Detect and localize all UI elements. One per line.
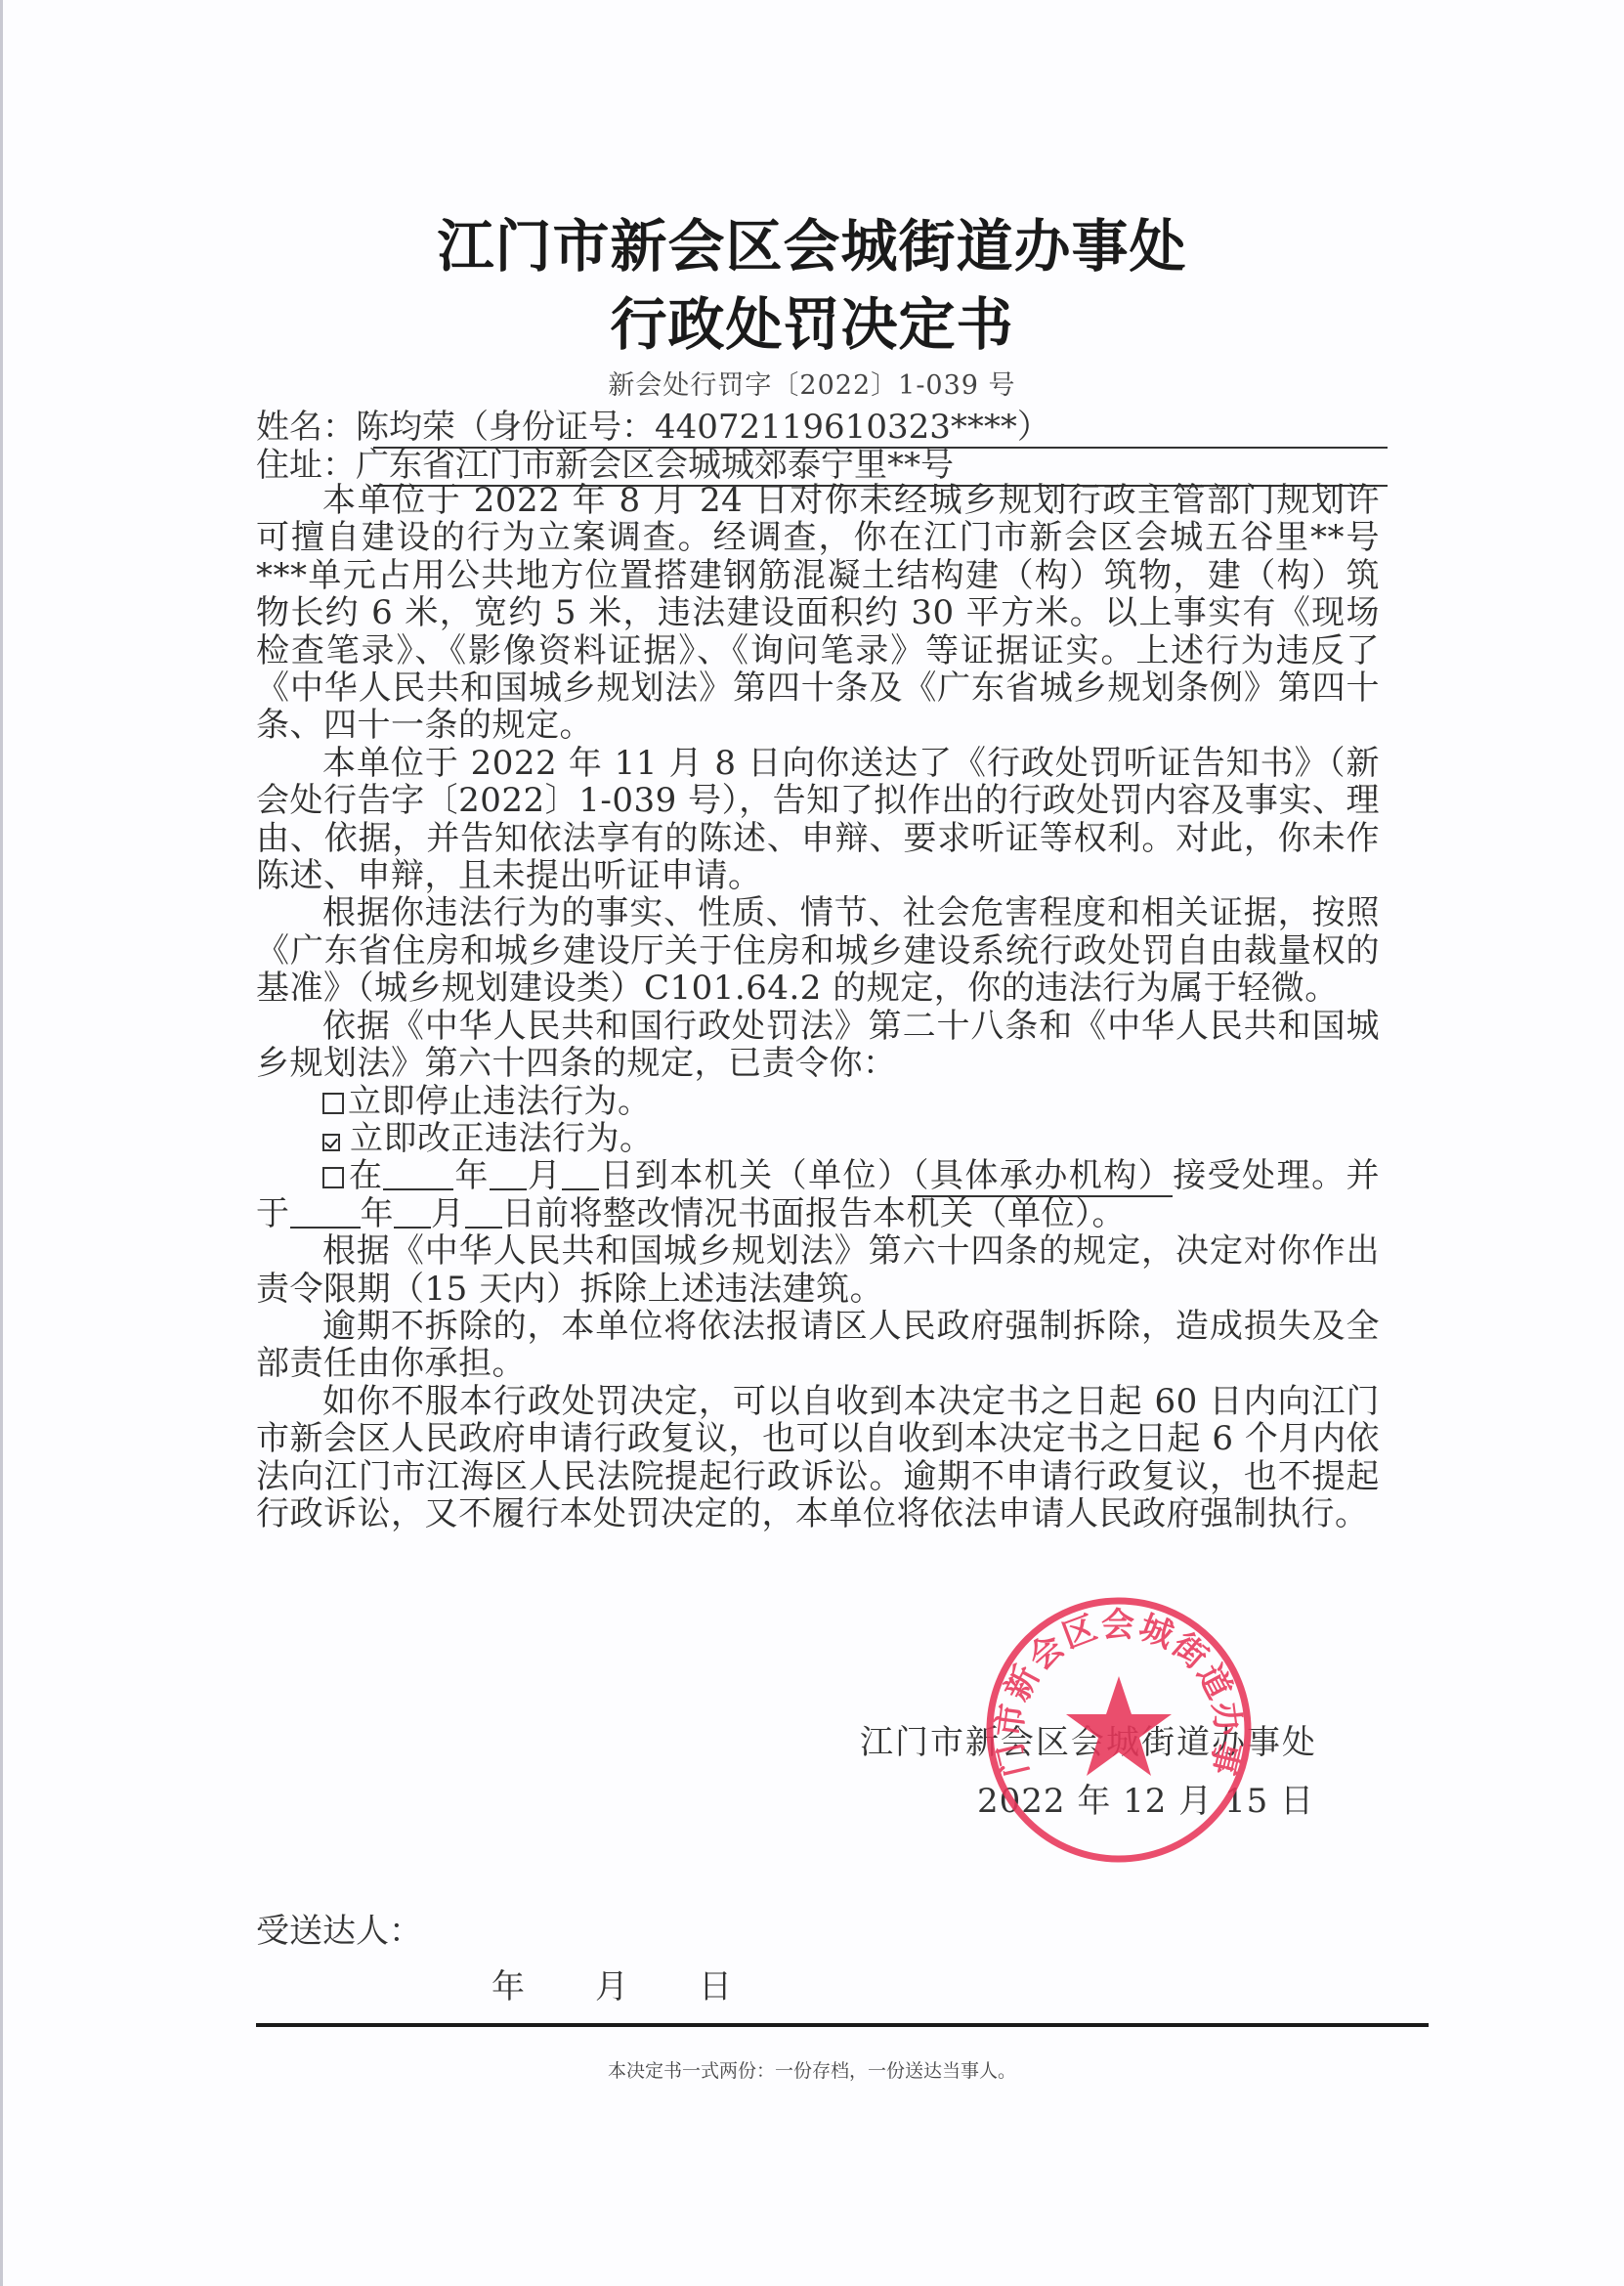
party-name-field: 姓名：陈均荣（身份证号：44072119610323****） — [256, 408, 1388, 447]
checkbox-unchecked-icon — [322, 1093, 344, 1114]
blank-month — [490, 1159, 527, 1190]
party-address-field: 住址：广东省江门市新会区会城城郊泰宁里**号 — [256, 446, 1388, 485]
blank-month-2 — [394, 1197, 431, 1229]
name-value: 陈均荣（身份证号：44072119610323****） — [356, 408, 1050, 447]
checkbox-unchecked-icon — [322, 1167, 344, 1188]
decision-body: 本单位于 2022 年 8 月 24 日对你未经城乡规划行政主管部门规划许可擅自… — [256, 482, 1380, 1532]
official-seal-icon: 江门市新会区会城街道办事处 — [982, 1593, 1256, 1867]
paragraph-hearing-notice: 本单位于 2022 年 11 月 8 日向你送达了《行政处罚听证告知书》（新会处… — [256, 745, 1380, 895]
address-value: 广东省江门市新会区会城城郊泰宁里**号 — [356, 446, 954, 485]
paragraph-demolition-order: 根据《中华人民共和国城乡规划法》第六十四条的规定，决定对你作出责令限期（15 天… — [256, 1232, 1380, 1308]
document-title-issuer: 江门市新会区会城街道办事处 — [0, 200, 1624, 282]
footer-note: 本决定书一式两份：一份存档，一份送达当事人。 — [0, 2056, 1624, 2083]
paragraph-appeal-rights: 如你不服本行政处罚决定，可以自收到本决定书之日起 60 日内向江门市新会区人民政… — [256, 1383, 1380, 1533]
paragraph-assessment: 根据你违法行为的事实、性质、情节、社会危害程度和相关证据，按照《广东省住房和城乡… — [256, 894, 1380, 1007]
checkbox-checked-icon — [322, 1134, 340, 1151]
recipient-label: 受送达人： — [256, 1904, 422, 1952]
paragraph-legal-basis: 依据《中华人民共和国行政处罚法》第二十八条和《中华人民共和国城乡规划法》第六十四… — [256, 1008, 1380, 1083]
receipt-date: 年月日 — [491, 1960, 802, 2007]
blank-year-2 — [290, 1197, 361, 1229]
paragraph-investigation: 本单位于 2022 年 8 月 24 日对你未经城乡规划行政主管部门规划许可擅自… — [256, 482, 1380, 745]
option-report: 在年月日到本机关（单位）（具体承办机构）接受处理。并于年月日前将整改情况书面报告… — [256, 1157, 1380, 1232]
document-title: 行政处罚决定书 — [0, 279, 1624, 361]
blank-day — [562, 1159, 599, 1190]
document-number: 新会处行罚字〔2022〕1-039 号 — [0, 364, 1624, 402]
footer-divider — [256, 2023, 1429, 2027]
blank-year — [383, 1159, 453, 1190]
address-label: 住址： — [256, 446, 356, 485]
option-stop: 立即停止违法行为。 — [256, 1083, 1380, 1120]
blank-day-2 — [465, 1197, 502, 1229]
handling-org-placeholder: （具体承办机构） — [912, 1156, 1173, 1197]
paragraph-enforcement: 逾期不拆除的，本单位将依法报请区人民政府强制拆除，造成损失及全部责任由你承担。 — [256, 1308, 1380, 1383]
option-correct: 立即改正违法行为。 — [256, 1120, 1380, 1157]
name-label: 姓名： — [256, 408, 356, 447]
